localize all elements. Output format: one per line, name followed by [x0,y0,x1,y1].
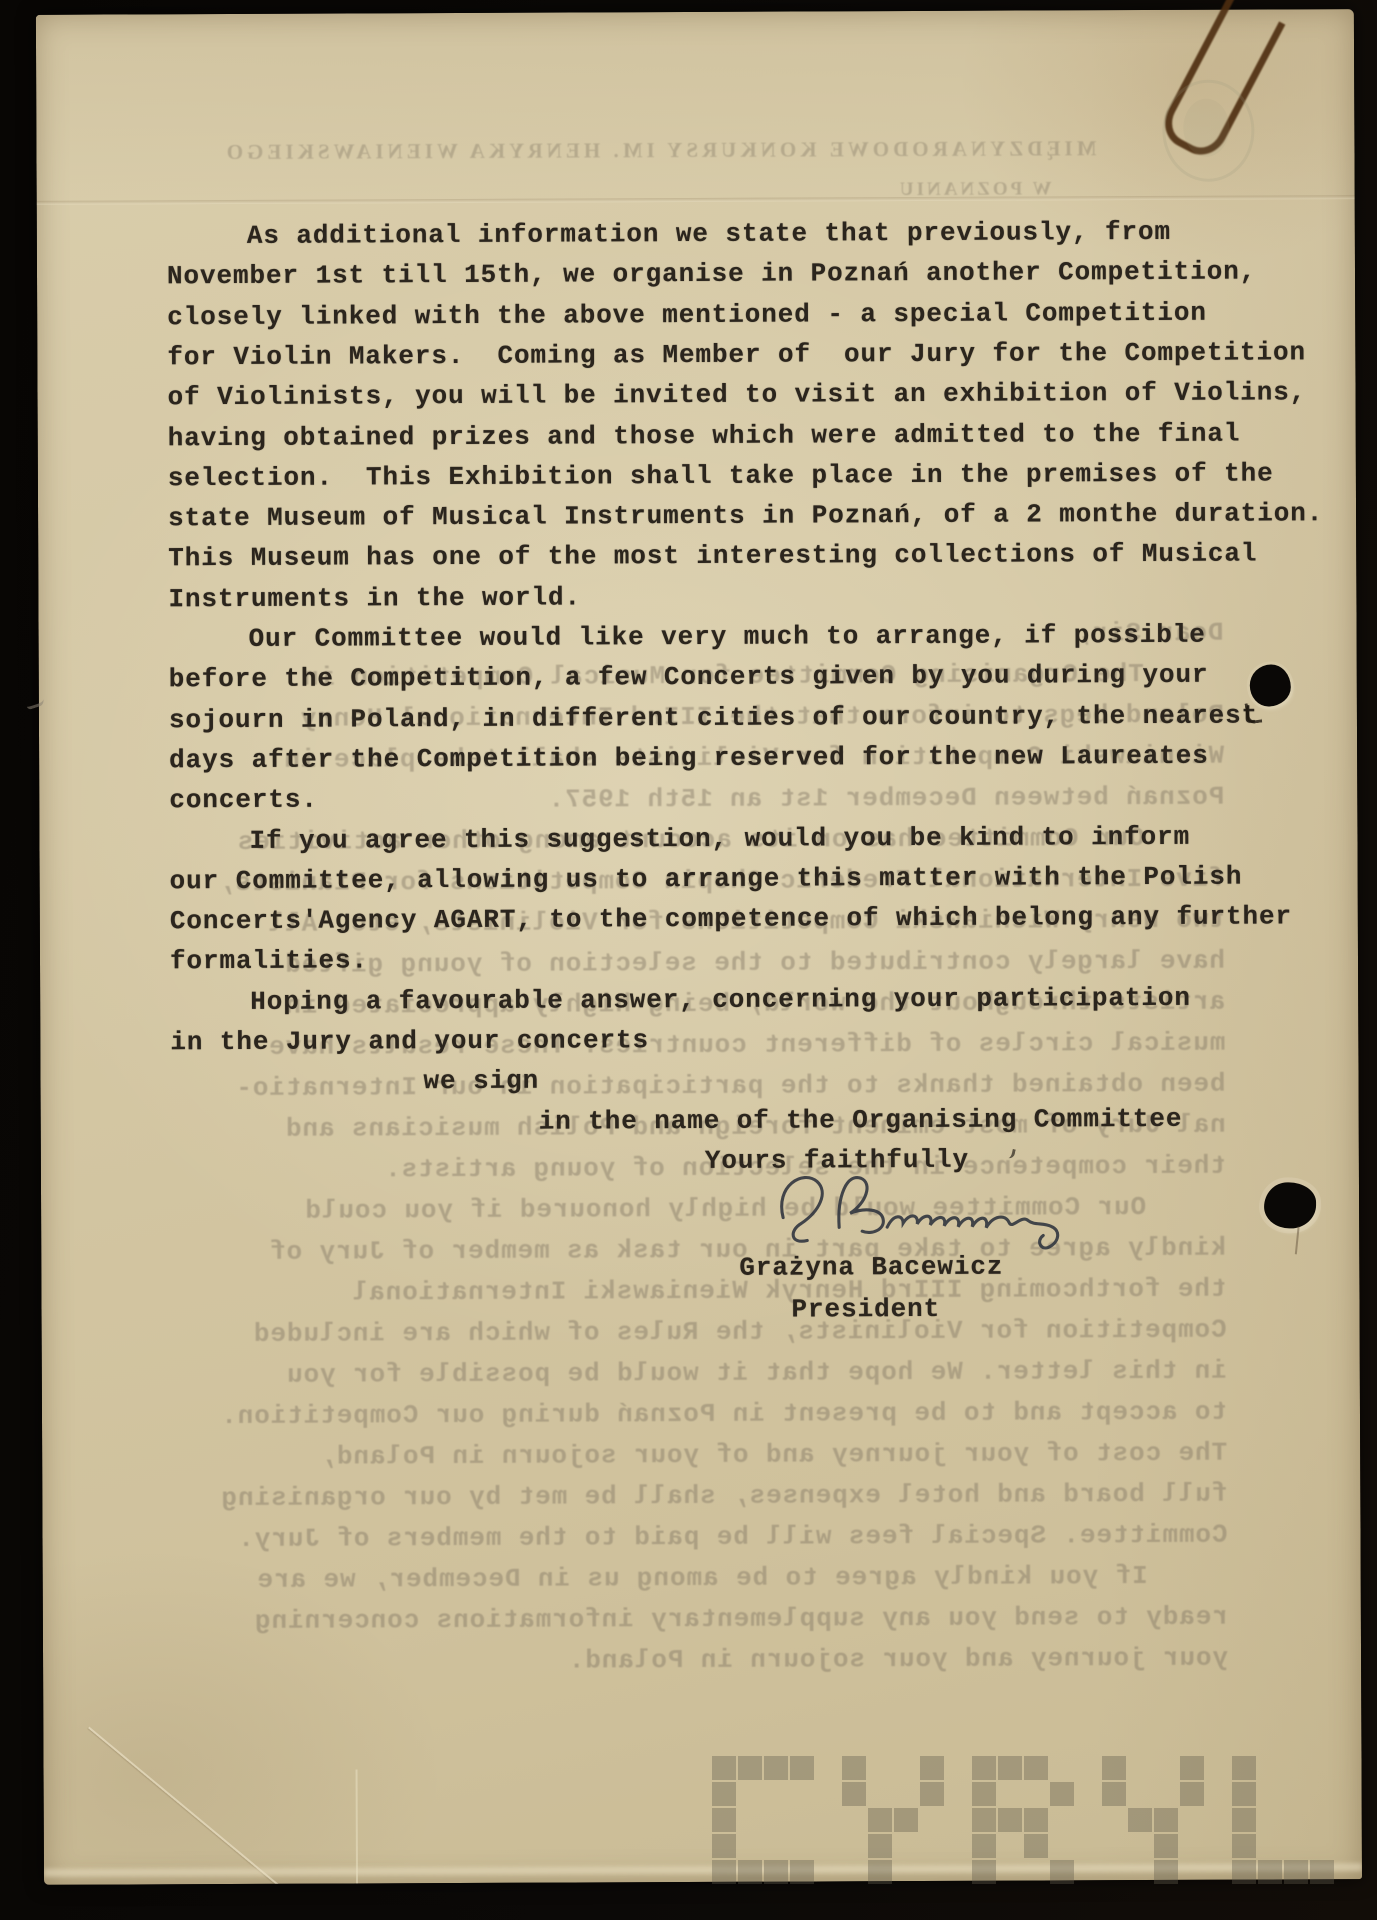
typed-line: of Violinists, you will be invited to vi… [167,377,1306,412]
typed-signature-title: President [791,1294,940,1325]
typed-line: for Violin Makers. Coming as Member of o… [167,337,1306,372]
aging-stain-right [1084,9,1362,1880]
typed-line: we sign [423,1066,539,1097]
typed-line: formalities. [170,946,368,977]
typed-line: If you agree this suggestion, would you … [249,821,1190,855]
letter-body: As additional information we state that … [0,0,1373,3]
typed-line: Our Committee would like very much to ar… [249,620,1206,654]
punch-hole-upper [1250,664,1291,706]
typed-line: Concerts'Agency AGART, to the competence… [170,901,1292,936]
typed-line: Hoping a favourable answer, concerning y… [250,982,1191,1016]
typed-line: concerts. [169,785,318,816]
typed-line: in the name of the Organising Committee [539,1103,1183,1136]
signature-ink [753,1164,1073,1257]
typed-line: As additional information we state that … [247,217,1171,251]
embossed-seal-mark [1162,80,1254,182]
typed-line: Instruments in the world. [168,582,581,614]
typed-line: selection. This Exhibition shall take pl… [168,458,1274,493]
typed-line: before the Competition, a few Concerts g… [169,660,1209,695]
typed-line: closely linked with the above mentioned … [167,297,1207,332]
document-scan: MIĘDZYNARODOWE KONKURSY IM. HENRYKA WIEN… [0,0,1377,1920]
typed-signature-name: Grażyna Bacewicz [739,1252,1003,1283]
typed-line: This Museum has one of the most interest… [168,539,1257,574]
typed-line: in the Jury and your concerts [170,1025,649,1057]
typed-line: our Committee, allowing us to arrange th… [170,861,1243,896]
typed-line: having obtained prizes and those which w… [168,418,1241,453]
punch-hole-lower [1264,1182,1316,1228]
typed-line: sojourn in Poland, in different cities o… [169,700,1258,735]
typed-line: days after the Competition being reserve… [169,741,1209,776]
crease-bottom-left [88,1727,328,1885]
typed-line: state Museum of Musical Instruments in P… [168,498,1323,533]
typed-line: November 1st till 15th, we organise in P… [167,257,1256,292]
page-wrapper: MIĘDZYNARODOWE KONKURSY IM. HENRYKA WIEN… [0,0,1377,1920]
